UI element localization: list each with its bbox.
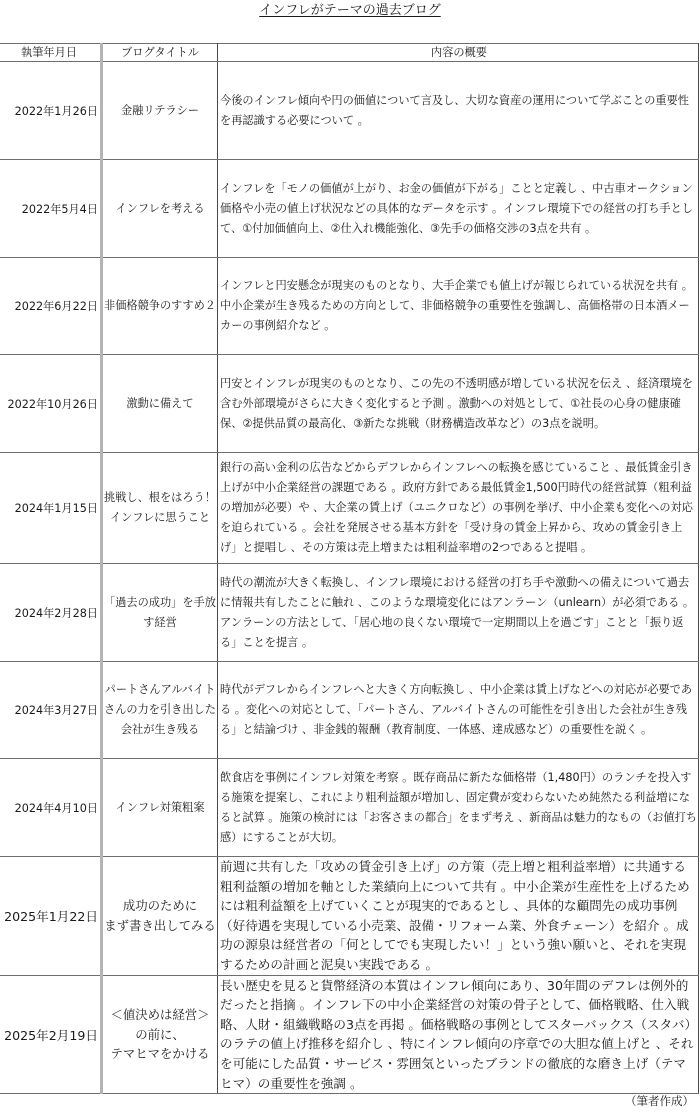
row-title: 「過去の成功」を手放 す経営	[102, 564, 218, 662]
row-date: 2022年1月26日	[0, 62, 102, 160]
row-summary: 円安とインフレが現実のものとなり、この先の不透明感が増している状況を伝え 、経済…	[218, 355, 699, 453]
header-summary: 内容の概要	[218, 44, 699, 62]
row-summary: 時代がデフレからインフレへと大きく方向転換し 、中小企業は賃上げなどへの対応が必…	[218, 662, 699, 759]
row-summary-text: 前週に共有した「攻めの賃金引き上げ」の方策（売上増と粗利益率増）に共通する粗利益…	[220, 857, 698, 975]
row-summary: インフレを「モノの価値が上がり、お金の価値が下がる」ことと定義し 、中古車オーク…	[218, 160, 699, 258]
row-title-line: 成功のために	[103, 896, 217, 916]
row-summary: 時代の潮流が大きく転換し、インフレ環境における経営の打ち手や激動への備えについて…	[218, 564, 699, 662]
row-summary-text: 銀行の高い金利の広告などからデフレからインフレへの転換を感じていること 、最低賃…	[220, 458, 698, 558]
row-title-line: まず書き出してみる	[103, 916, 217, 936]
header-date: 執筆年月日	[0, 44, 102, 62]
row-title: インフレを考える	[102, 160, 218, 258]
row-date: 2024年3月27日	[0, 662, 102, 759]
row-title-line: 「過去の成功」を手放	[103, 593, 217, 613]
row-summary-text: 飲食店を事例にインフレ対策を考察 。既存商品に新たな価格帯（1,480円）のラン…	[220, 768, 698, 848]
row-title: 非価格競争のすすめ２	[102, 258, 218, 355]
row-title: 挑戦し、根をはろう！ インフレに思うこと	[102, 453, 218, 564]
row-date: 2024年1月15日	[0, 453, 102, 564]
row-summary-text: インフレを「モノの価値が上がり、お金の価値が下がる」ことと定義し 、中古車オーク…	[220, 179, 698, 239]
row-title-line: 会社が生き残る	[103, 720, 217, 740]
table-row: 2022年1月26日 金融リテラシー 今後のインフレ傾向や円の価値について言及し…	[0, 62, 699, 160]
row-title: パートさんアルバイト さんの力を引き出した 会社が生き残る	[102, 662, 218, 759]
row-date: 2022年5月4日	[0, 160, 102, 258]
row-summary: 銀行の高い金利の広告などからデフレからインフレへの転換を感じていること 、最低賃…	[218, 453, 699, 564]
row-summary-text: インフレと円安懸念が現実のものとなり、大手企業でも値上げが報じられている状況を共…	[220, 276, 698, 336]
row-summary: 今後のインフレ傾向や円の価値について言及し、大切な資産の運用について学ぶことの重…	[218, 62, 699, 160]
blog-table: 執筆年月日 ブログタイトル 内容の概要 2022年1月26日 金融リテラシー 今…	[0, 43, 699, 1094]
row-summary-text: 時代の潮流が大きく転換し、インフレ環境における経営の打ち手や激動への備えについて…	[220, 573, 698, 653]
row-date: 2025年1月22日	[0, 857, 102, 976]
document-title: インフレがテーマの過去ブログ	[0, 2, 700, 20]
row-title-line: の前に、	[103, 1025, 217, 1045]
row-date: 2022年10月26日	[0, 355, 102, 453]
table-row: 2024年4月10日 インフレ対策粗案 飲食店を事例にインフレ対策を考察 。既存…	[0, 759, 699, 857]
table-row: 2024年3月27日 パートさんアルバイト さんの力を引き出した 会社が生き残る…	[0, 662, 699, 759]
table-header-row: 執筆年月日 ブログタイトル 内容の概要	[0, 44, 699, 62]
row-date: 2024年2月28日	[0, 564, 102, 662]
table-row: 2025年2月19日 ＜値決めは経営＞ の前に、 テマヒマをかける 長い歴史を見…	[0, 975, 699, 1094]
table-row: 2022年6月22日 非価格競争のすすめ２ インフレと円安懸念が現実のものとなり…	[0, 258, 699, 355]
row-summary: インフレと円安懸念が現実のものとなり、大手企業でも値上げが報じられている状況を共…	[218, 258, 699, 355]
row-summary-text: 長い歴史を見ると貨幣経済の本質はインフレ傾向にあり、30年間のデフレは例外的だっ…	[220, 976, 698, 1094]
row-title-line: パートさんアルバイト	[103, 680, 217, 700]
row-title-line: テマヒマをかける	[103, 1044, 217, 1064]
row-summary: 前週に共有した「攻めの賃金引き上げ」の方策（売上増と粗利益率増）に共通する粗利益…	[218, 857, 699, 976]
row-title: インフレ対策粗案	[102, 759, 218, 857]
row-title: 激動に備えて	[102, 355, 218, 453]
row-date: 2022年6月22日	[0, 258, 102, 355]
table-row: 2025年1月22日 成功のために まず書き出してみる 前週に共有した「攻めの賃…	[0, 857, 699, 976]
row-date: 2024年4月10日	[0, 759, 102, 857]
row-summary-text: 今後のインフレ傾向や円の価値について言及し、大切な資産の運用について学ぶことの重…	[220, 91, 698, 131]
row-title-line: インフレに思うこと	[103, 508, 217, 528]
table-row: 2022年5月4日 インフレを考える インフレを「モノの価値が上がり、お金の価値…	[0, 160, 699, 258]
row-title: ＜値決めは経営＞ の前に、 テマヒマをかける	[102, 975, 218, 1094]
row-summary: 長い歴史を見ると貨幣経済の本質はインフレ傾向にあり、30年間のデフレは例外的だっ…	[218, 975, 699, 1094]
row-title: 成功のために まず書き出してみる	[102, 857, 218, 976]
document-title-text: インフレがテーマの過去ブログ	[259, 3, 440, 18]
table-row: 2022年10月26日 激動に備えて 円安とインフレが現実のものとなり、この先の…	[0, 355, 699, 453]
table-row: 2024年1月15日 挑戦し、根をはろう！ インフレに思うこと 銀行の高い金利の…	[0, 453, 699, 564]
header-blog-title: ブログタイトル	[102, 44, 218, 62]
row-date: 2025年2月19日	[0, 975, 102, 1094]
row-title-line: ＜値決めは経営＞	[103, 1005, 217, 1025]
source-caption: （筆者作成）	[625, 1093, 694, 1109]
row-title: 金融リテラシー	[102, 62, 218, 160]
row-title-line: さんの力を引き出した	[103, 700, 217, 720]
row-title-line: す経営	[103, 613, 217, 633]
table-row: 2024年2月28日 「過去の成功」を手放 す経営 時代の潮流が大きく転換し、イ…	[0, 564, 699, 662]
row-summary: 飲食店を事例にインフレ対策を考察 。既存商品に新たな価格帯（1,480円）のラン…	[218, 759, 699, 857]
row-summary-text: 円安とインフレが現実のものとなり、この先の不透明感が増している状況を伝え 、経済…	[220, 374, 698, 434]
row-title-line: 挑戦し、根をはろう！	[103, 488, 217, 508]
row-summary-text: 時代がデフレからインフレへと大きく方向転換し 、中小企業は賃上げなどへの対応が必…	[220, 680, 698, 740]
